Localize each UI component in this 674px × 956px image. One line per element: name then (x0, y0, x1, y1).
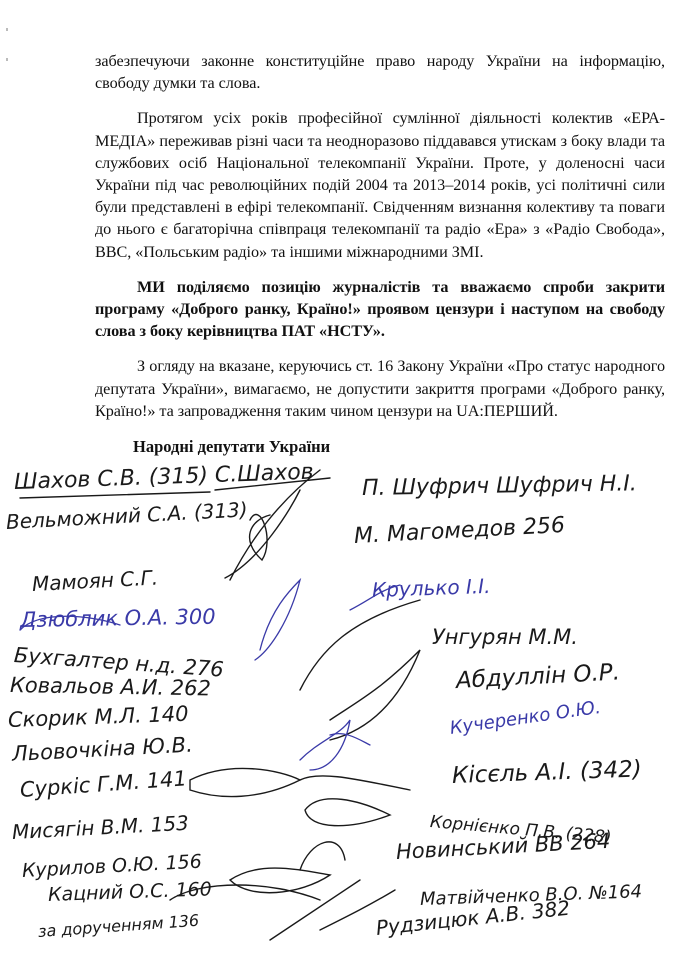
signature-kurylov: Курилов О.Ю. 156 (21, 851, 202, 882)
signature-unhurian: Унгурян М.М. (432, 625, 578, 649)
signature-surkis: Суркіс Г.М. 141 (19, 766, 187, 802)
signature-mamoian: Мамоян С.Г. (31, 565, 158, 596)
letter-body: забезпечуючи законне конституційне право… (95, 50, 665, 422)
signature-shufrych: П. Шуфрич Шуфрич Н.І. (362, 471, 637, 501)
signature-by-proxy: за дорученням 136 (37, 911, 199, 941)
signature-katsnyi: Кацний О.С. 160 (48, 878, 213, 906)
paragraph-history: Протягом усіх років професійної сумлінно… (95, 107, 665, 262)
signature-skoryk: Скорик М.Л. 140 (8, 702, 189, 732)
signature-mysiagin: Мисягін В.М. 153 (11, 811, 189, 844)
signature-kovalov: Ковальов А.И. 262 (10, 673, 211, 701)
signature-krulko: Крулько І.І. (372, 574, 491, 602)
signature-mahomedov: М. Магомедов 256 (353, 513, 565, 549)
signature-abdullin: Абдуллін О.Р. (455, 659, 620, 694)
signers-heading: Народні депутати України (133, 437, 330, 457)
signature-shakhov: Шахов С.В. (315) С.Шахов (14, 460, 315, 495)
document-page: забезпечуючи законне конституційне право… (0, 0, 674, 956)
signature-kisel: Кісєль А.І. (342) (452, 756, 643, 789)
paragraph-position: МИ поділяємо позицію журналістів та вваж… (95, 276, 665, 343)
signature-dziublyk: Дзюблик О.А. 300 (20, 605, 216, 632)
paragraph-continuation: забезпечуючи законне конституційне право… (95, 50, 665, 94)
signature-kucherenko: Кучеренко О.Ю. (449, 697, 603, 739)
scan-margin-mark (6, 28, 8, 31)
signature-liovochkina: Льовочкіна Ю.В. (11, 733, 193, 766)
signature-velmozhnyi: Вельможний С.А. (313) (5, 497, 248, 534)
paragraph-demand: З огляду на вказане, керуючись ст. 16 За… (95, 355, 665, 422)
signature-novynskyi: Новинський ВВ 264 (395, 829, 611, 864)
scan-margin-mark (6, 58, 8, 61)
